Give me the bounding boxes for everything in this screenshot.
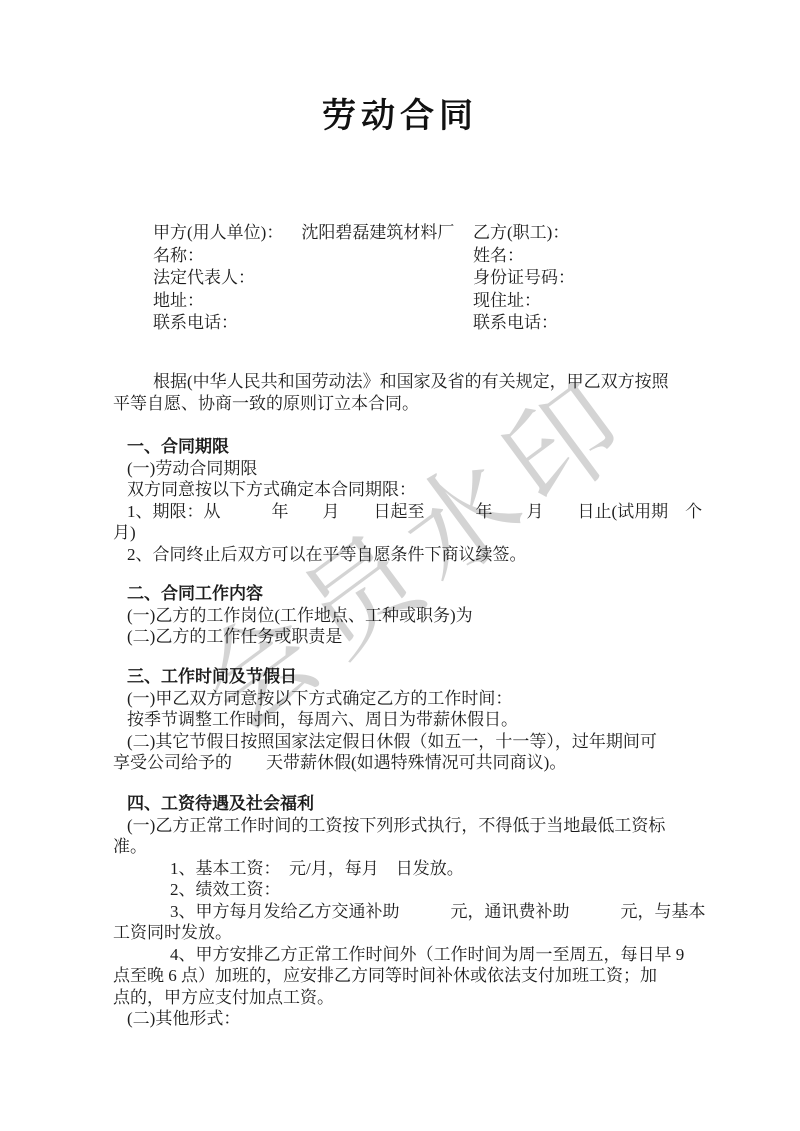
document-title: 劳动合同: [0, 94, 800, 138]
contract-line: (一)劳动合同期限: [113, 458, 733, 480]
contract-line: 享受公司给予的 天带薪休假(如遇特殊情况可共同商议)。: [113, 752, 733, 774]
contract-line: (一)乙方正常工作时间的工资按下列形式执行，不得低于当地最低工资标: [113, 815, 733, 837]
party-cell-employee: 身份证号码：: [473, 267, 713, 290]
section-contract-term: 一、合同期限(一)劳动合同期限双方同意按以下方式确定本合同期限：1、期限：从 年…: [113, 436, 733, 565]
contract-line: 2、绩效工资：: [113, 879, 733, 901]
party-row: 名称：姓名：: [153, 245, 713, 268]
contract-line: 1、基本工资： 元/月，每月 日发放。: [113, 858, 733, 880]
party-label-right: 现住址：: [473, 290, 541, 313]
party-label-right: 联系电话：: [473, 312, 558, 335]
party-cell-employee: 联系电话：: [473, 312, 713, 335]
party-row: 法定代表人：身份证号码：: [153, 267, 713, 290]
contract-line: 点的，甲方应支付加点工资。: [113, 987, 733, 1009]
intro-line: 根据(中华人民共和国劳动法》和国家及省的有关规定，甲乙双方按照: [113, 371, 713, 393]
intro-paragraph: 根据(中华人民共和国劳动法》和国家及省的有关规定，甲乙双方按照平等自愿、协商一致…: [113, 371, 713, 414]
party-label-right: 身份证号码：: [473, 267, 575, 290]
party-label-left: 名称：: [153, 245, 204, 268]
party-label-right: 乙方(职工)：: [473, 222, 569, 245]
contract-line: 2、合同终止后双方可以在平等自愿条件下商议续签。: [113, 544, 733, 566]
section-heading: 三、工作时间及节假日: [113, 666, 733, 688]
party-cell-employer: 法定代表人：: [153, 267, 473, 290]
party-row: 甲方(用人单位)：沈阳碧磊建筑材料厂乙方(职工)：: [153, 222, 713, 245]
contract-line: 准。: [113, 836, 733, 858]
contract-line: 双方同意按以下方式确定本合同期限：: [113, 479, 733, 501]
party-cell-employee: 姓名：: [473, 245, 713, 268]
contract-line: (一)甲乙双方同意按以下方式确定乙方的工作时间：: [113, 688, 733, 710]
party-value-left: 沈阳碧磊建筑材料厂: [301, 222, 454, 245]
contract-line: 1、期限：从 年 月 日起至 年 月 日止(试用期 个: [113, 501, 733, 523]
intro-line: 平等自愿、协商一致的原则订立本合同。: [113, 393, 713, 415]
party-cell-employer: 名称：: [153, 245, 473, 268]
contract-line: 工资同时发放。: [113, 922, 733, 944]
section-salary-welfare: 四、工资待遇及社会福利(一)乙方正常工作时间的工资按下列形式执行，不得低于当地最…: [113, 793, 733, 1030]
party-block: 甲方(用人单位)：沈阳碧磊建筑材料厂乙方(职工)：名称：姓名：法定代表人：身份证…: [153, 222, 713, 335]
contract-line: 月): [113, 522, 733, 544]
party-label-right: 姓名：: [473, 245, 524, 268]
party-label-left: 甲方(用人单位)：: [153, 222, 283, 245]
party-cell-employee: 现住址：: [473, 290, 713, 313]
contract-line: (一)乙方的工作岗位(工作地点、工种或职务)为: [113, 605, 733, 627]
section-work-content: 二、合同工作内容(一)乙方的工作岗位(工作地点、工种或职务)为(二)乙方的工作任…: [113, 583, 733, 648]
section-heading: 四、工资待遇及社会福利: [113, 793, 733, 815]
contract-line: 按季节调整工作时间，每周六、周日为带薪休假日。: [113, 709, 733, 731]
section-heading: 二、合同工作内容: [113, 583, 733, 605]
party-cell-employer: 联系电话：: [153, 312, 473, 335]
party-row: 地址：现住址：: [153, 290, 713, 313]
party-cell-employer: 甲方(用人单位)：沈阳碧磊建筑材料厂: [153, 222, 473, 245]
section-heading: 一、合同期限: [113, 436, 733, 458]
contract-page: 会员水印 劳动合同 甲方(用人单位)：沈阳碧磊建筑材料厂乙方(职工)：名称：姓名…: [0, 0, 800, 1131]
party-label-left: 法定代表人：: [153, 267, 255, 290]
party-cell-employer: 地址：: [153, 290, 473, 313]
party-label-left: 联系电话：: [153, 312, 238, 335]
party-cell-employee: 乙方(职工)：: [473, 222, 713, 245]
contract-line: 点至晚 6 点）加班的，应安排乙方同等时间补休或依法支付加班工资；加: [113, 965, 733, 987]
party-label-left: 地址：: [153, 290, 204, 313]
section-work-time-holidays: 三、工作时间及节假日(一)甲乙双方同意按以下方式确定乙方的工作时间：按季节调整工…: [113, 666, 733, 774]
party-row: 联系电话：联系电话：: [153, 312, 713, 335]
contract-line: 3、甲方每月发给乙方交通补助 元，通讯费补助 元，与基本: [113, 901, 733, 923]
contract-line: (二)乙方的工作任务或职责是: [113, 626, 733, 648]
contract-line: 4、甲方安排乙方正常工作时间外（工作时间为周一至周五，每日早 9: [113, 944, 733, 966]
contract-line: (二)其它节假日按照国家法定假日休假（如五一，十一等），过年期间可: [113, 731, 733, 753]
contract-line: (二)其他形式：: [113, 1008, 733, 1030]
contract-content: 劳动合同 甲方(用人单位)：沈阳碧磊建筑材料厂乙方(职工)：名称：姓名：法定代表…: [0, 0, 800, 1131]
